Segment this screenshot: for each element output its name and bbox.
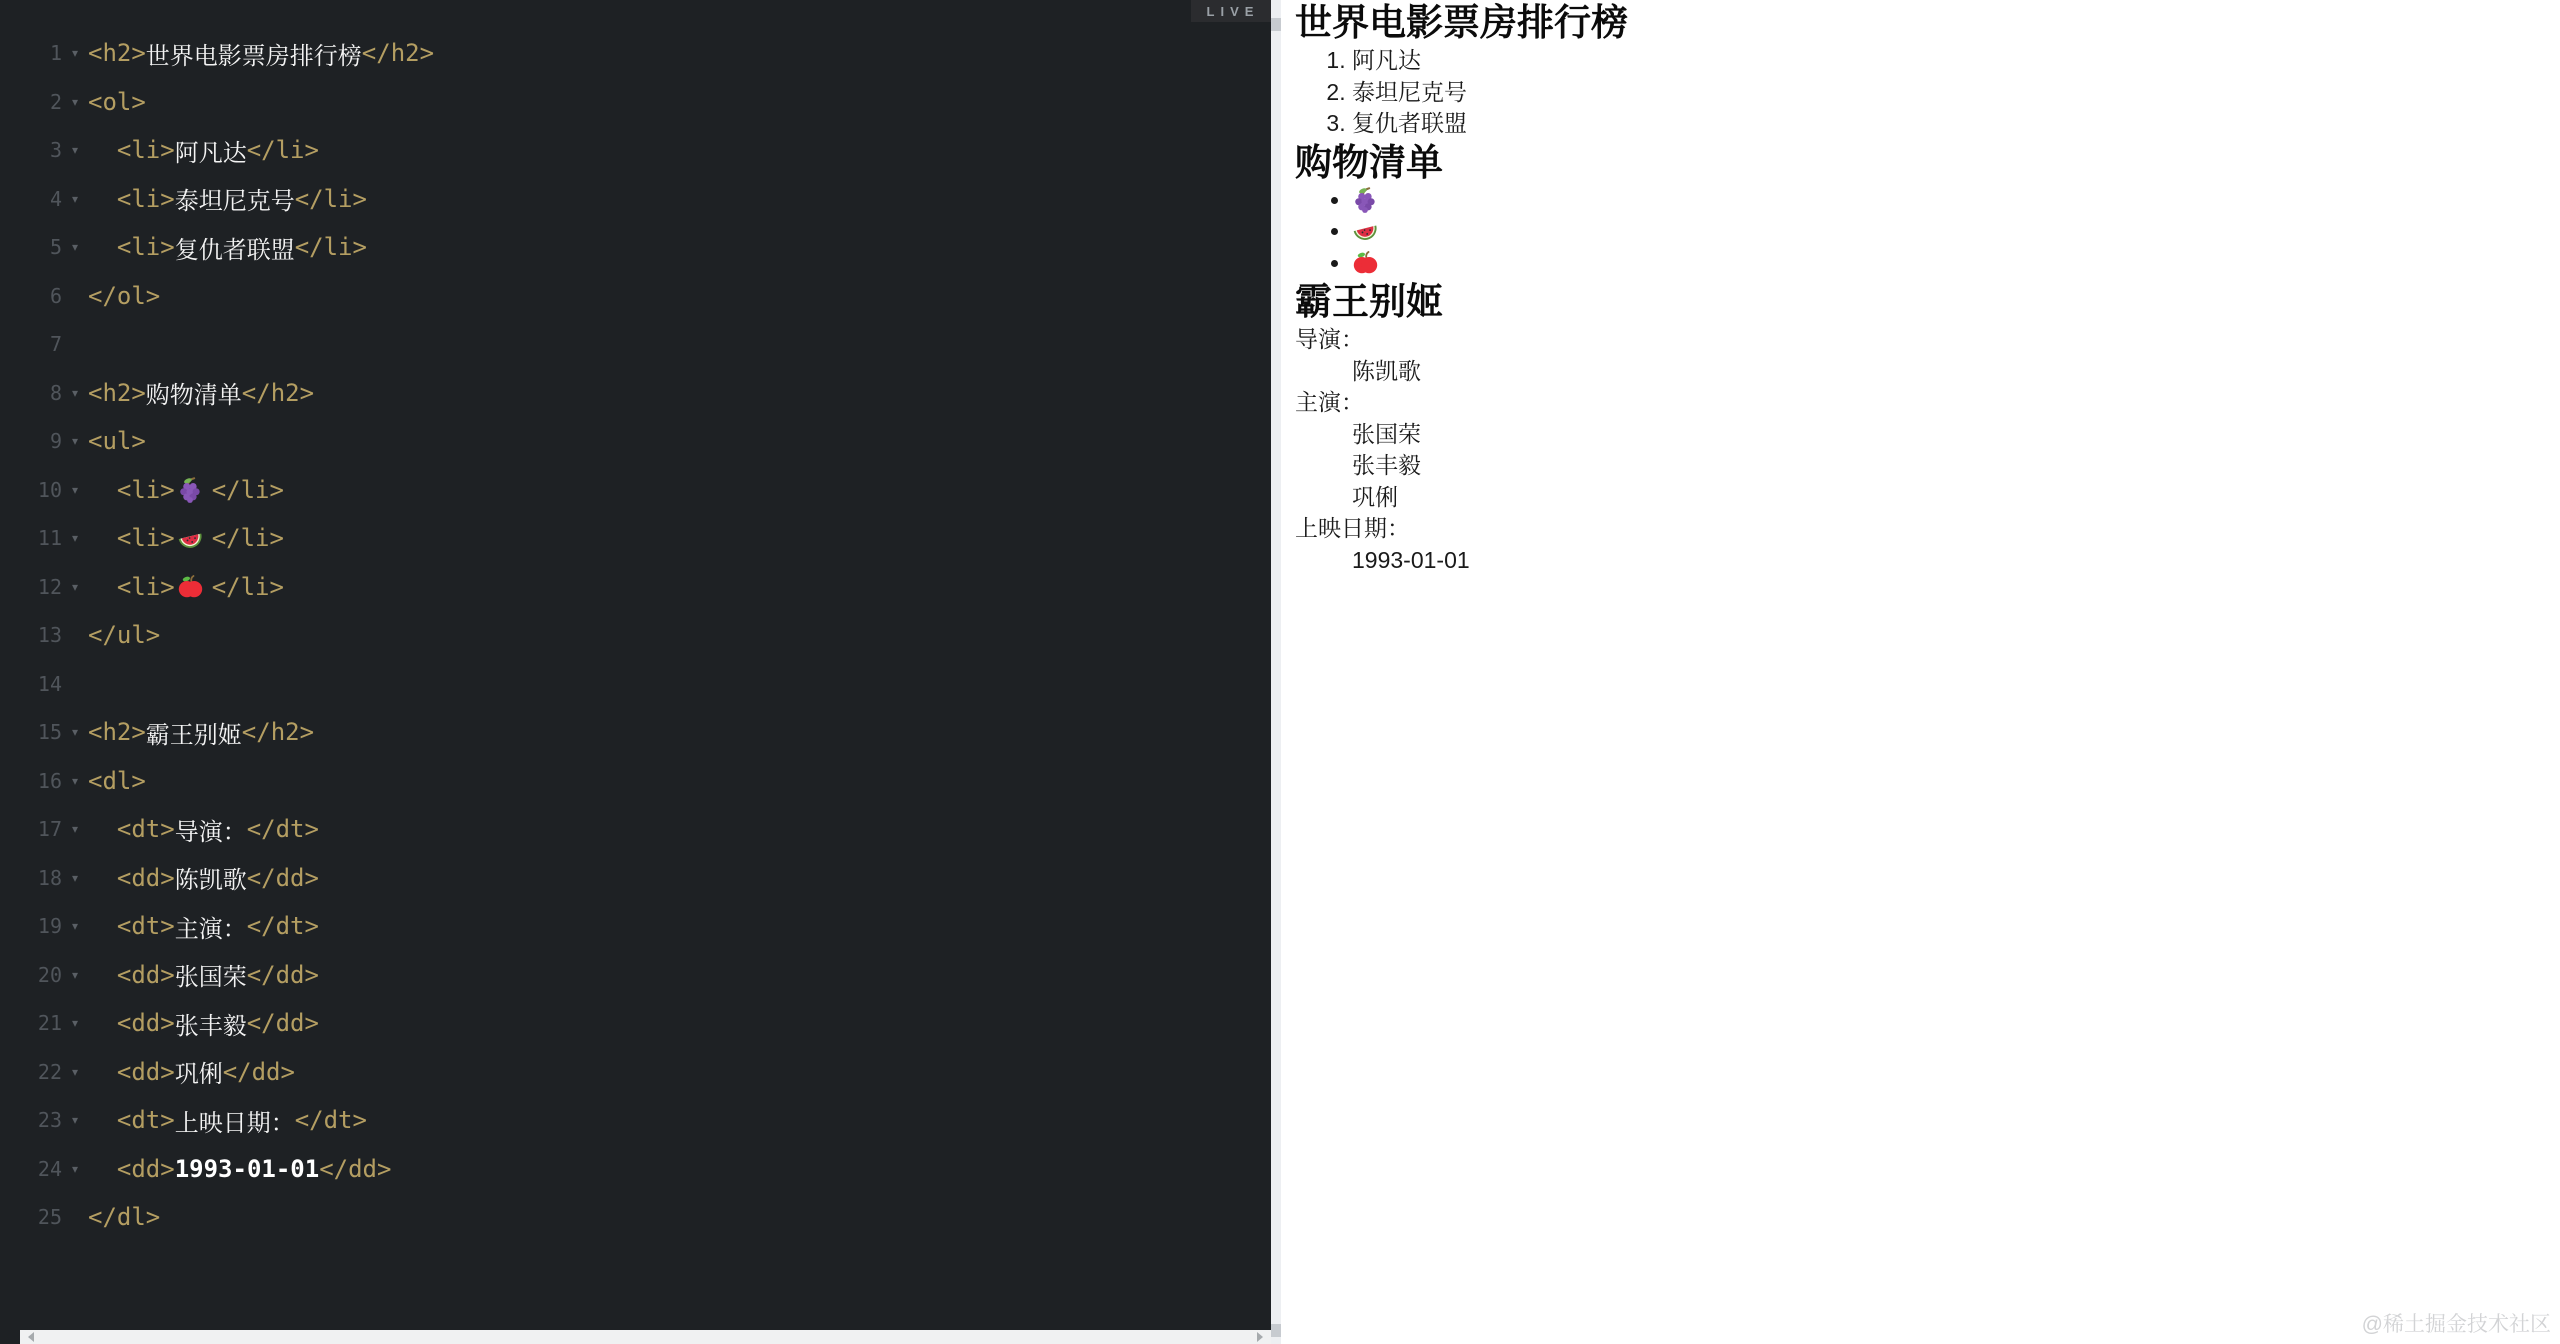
fold-arrow-icon[interactable]: ▾	[62, 514, 88, 563]
fold-arrow-icon[interactable]: ▾	[62, 223, 88, 272]
line-number: 8	[0, 381, 62, 405]
fold-arrow-icon[interactable]: ▾	[62, 1145, 88, 1194]
code-token-tag: <ul>	[88, 427, 146, 455]
preview-dl: 导演：陈凯歌主演：张国荣张丰毅巩俐上映日期：1993-01-01	[1295, 324, 2560, 576]
line-number: 2	[0, 90, 62, 114]
code-line[interactable]: 11▾ <li> </li>	[0, 514, 1271, 563]
fold-arrow-icon[interactable]: ▾	[62, 805, 88, 854]
code-line[interactable]: 12▾ <li> </li>	[0, 563, 1271, 612]
fold-arrow-icon[interactable]: ▾	[62, 78, 88, 127]
fold-arrow-icon[interactable]: ▾	[62, 417, 88, 466]
code-token-tag: <dl>	[88, 767, 146, 795]
line-number: 19	[0, 914, 62, 938]
list-item: 复仇者联盟	[1352, 108, 2560, 140]
code-line[interactable]: 22▾ <dd>巩俐</dd>	[0, 1048, 1271, 1097]
code-token-tag: </dd>	[247, 1009, 319, 1037]
code-token-sp	[88, 573, 117, 601]
code-line[interactable]: 14	[0, 660, 1271, 709]
fold-arrow-icon[interactable]: ▾	[62, 175, 88, 224]
code-token-tag: </h2>	[362, 39, 434, 67]
code-line-text[interactable]: <li> </li>	[88, 476, 284, 504]
code-line-text[interactable]: </ol>	[88, 282, 160, 310]
code-line[interactable]: 25</dl>	[0, 1193, 1271, 1242]
live-badge-label: LIVE	[1207, 4, 1260, 19]
line-number: 21	[0, 1011, 62, 1035]
code-token-sp	[88, 1058, 117, 1086]
code-line-text[interactable]: <li>阿凡达</li>	[88, 133, 319, 168]
code-token-tag: <h2>	[88, 718, 146, 746]
preview-content: 世界电影票房排行榜阿凡达泰坦尼克号复仇者联盟购物清单 霸王别姬导演：陈凯歌主演：…	[1281, 0, 2560, 576]
fold-arrow-icon[interactable]: ▾	[62, 902, 88, 951]
code-line[interactable]: 24▾ <dd>1993-01-01</dd>	[0, 1145, 1271, 1194]
code-line[interactable]: 8▾<h2>购物清单</h2>	[0, 369, 1271, 418]
line-number: 25	[0, 1205, 62, 1229]
code-line-text[interactable]: <dd>张国荣</dd>	[88, 957, 319, 992]
code-token-sp	[88, 1155, 117, 1183]
line-number: 4	[0, 187, 62, 211]
code-token-tag: <li>	[117, 524, 175, 552]
line-number: 18	[0, 866, 62, 890]
code-token-tag: </h2>	[242, 379, 314, 407]
definition-detail: 张国荣	[1352, 419, 2560, 451]
code-token-tag: </dd>	[223, 1058, 295, 1086]
code-token-tag: </li>	[247, 136, 319, 164]
line-number: 17	[0, 817, 62, 841]
code-line-text[interactable]: <dd>张丰毅</dd>	[88, 1006, 319, 1041]
preview-ul	[1295, 185, 2560, 280]
code-token-txt: 巩俐	[175, 1054, 223, 1089]
divider-handle-top[interactable]	[1271, 18, 1281, 31]
code-token-txt: 泰坦尼克号	[175, 181, 295, 216]
line-number: 20	[0, 963, 62, 987]
code-token-tag: <dt>	[117, 1106, 175, 1134]
live-badge: LIVE	[1191, 0, 1271, 22]
fold-arrow-icon[interactable]: ▾	[62, 757, 88, 806]
code-line[interactable]: 18▾ <dd>陈凯歌</dd>	[0, 854, 1271, 903]
code-token-tag: </ol>	[88, 282, 160, 310]
fold-arrow-icon[interactable]: ▾	[62, 1096, 88, 1145]
code-token-tag: <dd>	[117, 1155, 175, 1183]
line-number: 13	[0, 623, 62, 647]
code-line-text[interactable]: <li> </li>	[88, 573, 284, 601]
code-token-tag: <dd>	[117, 1009, 175, 1037]
fold-arrow-icon[interactable]: ▾	[62, 369, 88, 418]
code-token-sp	[88, 815, 117, 843]
code-line[interactable]: 4▾ <li>泰坦尼克号</li>	[0, 175, 1271, 224]
code-line[interactable]: 7	[0, 320, 1271, 369]
code-token-txt: 霸王别姬	[146, 715, 242, 750]
line-number: 10	[0, 478, 62, 502]
fold-arrow-icon[interactable]: ▾	[62, 563, 88, 612]
code-line[interactable]: 6</ol>	[0, 272, 1271, 321]
code-line-text[interactable]: <dd>陈凯歌</dd>	[88, 860, 319, 895]
code-line[interactable]: 16▾<dl>	[0, 757, 1271, 806]
fold-arrow-icon[interactable]: ▾	[62, 999, 88, 1048]
code-line-text[interactable]: <dl>	[88, 767, 146, 795]
scroll-right-icon[interactable]	[1257, 1332, 1263, 1342]
code-line[interactable]: 13</ul>	[0, 611, 1271, 660]
code-token-sp	[88, 136, 117, 164]
code-token-txt: 张国荣	[175, 957, 247, 992]
list-item	[1352, 248, 2560, 280]
code-token-tag: </li>	[295, 185, 367, 213]
line-number: 15	[0, 720, 62, 744]
line-number: 12	[0, 575, 62, 599]
fold-arrow-icon[interactable]: ▾	[62, 29, 88, 78]
line-number: 1	[0, 41, 62, 65]
code-line[interactable]: 5▾ <li>复仇者联盟</li>	[0, 223, 1271, 272]
code-token-txt: 阿凡达	[175, 133, 247, 168]
definition-detail: 张丰毅	[1352, 450, 2560, 482]
code-token-txt: 张丰毅	[175, 1006, 247, 1041]
fold-arrow-icon[interactable]: ▾	[62, 951, 88, 1000]
html-code-editor[interactable]: 1▾<h2>世界电影票房排行榜</h2>2▾<ol>3▾ <li>阿凡达</li…	[0, 0, 1271, 1344]
definition-detail: 1993-01-01	[1352, 545, 2560, 577]
fold-arrow-icon[interactable]: ▾	[62, 708, 88, 757]
code-token-txt: 陈凯歌	[175, 860, 247, 895]
code-token-num: 1993-01-01	[175, 1155, 320, 1183]
code-line-text[interactable]: <h2>霸王别姬</h2>	[88, 715, 314, 750]
pane-divider[interactable]	[1271, 0, 1281, 1344]
code-line-text[interactable]: <dd>巩俐</dd>	[88, 1054, 295, 1089]
code-token-tag: </li>	[212, 476, 284, 504]
code-line[interactable]: 9▾<ul>	[0, 417, 1271, 466]
line-number: 6	[0, 284, 62, 308]
fold-arrow-icon[interactable]: ▾	[62, 1048, 88, 1097]
code-token-tag: <h2>	[88, 379, 146, 407]
watermelon-icon	[1352, 217, 1379, 244]
code-line-text[interactable]: <ol>	[88, 88, 146, 116]
grape-icon	[1352, 186, 1379, 213]
definition-detail: 陈凯歌	[1352, 356, 2560, 388]
watermark: @稀土掘金技术社区	[2362, 1308, 2551, 1338]
code-line-text[interactable]: <dt>主演：</dt>	[88, 909, 319, 944]
code-token-sp	[88, 961, 117, 989]
code-line[interactable]: 2▾<ol>	[0, 78, 1271, 127]
code-token-tag: </dd>	[247, 961, 319, 989]
code-token-tag: </li>	[295, 233, 367, 261]
code-line-text[interactable]: </ul>	[88, 621, 160, 649]
line-number: 3	[0, 138, 62, 162]
line-number: 14	[0, 672, 62, 696]
code-line-text[interactable]: <dd>1993-01-01</dd>	[88, 1155, 391, 1183]
code-token-tag: </dt>	[247, 912, 319, 940]
code-line-text[interactable]: <h2>购物清单</h2>	[88, 375, 314, 410]
line-number: 9	[0, 429, 62, 453]
code-token-sp	[88, 864, 117, 892]
fold-arrow-icon[interactable]: ▾	[62, 126, 88, 175]
code-line-text[interactable]: <li>复仇者联盟</li>	[88, 230, 367, 265]
code-token-tag: <li>	[117, 573, 175, 601]
code-line[interactable]: 1▾<h2>世界电影票房排行榜</h2>	[0, 29, 1271, 78]
code-token-tag: <dt>	[117, 815, 175, 843]
code-line-text[interactable]: <h2>世界电影票房排行榜</h2>	[88, 36, 434, 71]
code-lines: 1▾<h2>世界电影票房排行榜</h2>2▾<ol>3▾ <li>阿凡达</li…	[0, 0, 1271, 1242]
code-line[interactable]: 3▾ <li>阿凡达</li>	[0, 126, 1271, 175]
code-token-tag: </dl>	[88, 1203, 160, 1231]
watermelon-icon	[177, 525, 204, 552]
line-number: 23	[0, 1108, 62, 1132]
list-item	[1352, 216, 2560, 248]
code-line[interactable]: 15▾<h2>霸王别姬</h2>	[0, 708, 1271, 757]
definition-term: 导演：	[1295, 324, 2560, 356]
code-token-tag: <li>	[117, 136, 175, 164]
code-token-tag: </dd>	[319, 1155, 391, 1183]
code-line[interactable]: 19▾ <dt>主演：</dt>	[0, 902, 1271, 951]
code-line[interactable]: 23▾ <dt>上映日期：</dt>	[0, 1096, 1271, 1145]
preview-ol: 阿凡达泰坦尼克号复仇者联盟	[1295, 45, 2560, 140]
line-number: 22	[0, 1060, 62, 1084]
definition-term: 上映日期：	[1295, 513, 2560, 545]
fold-arrow-icon[interactable]: ▾	[62, 854, 88, 903]
codepen-live-view: 1▾<h2>世界电影票房排行榜</h2>2▾<ol>3▾ <li>阿凡达</li…	[0, 0, 2560, 1344]
code-token-tag: </h2>	[242, 718, 314, 746]
list-item: 泰坦尼克号	[1352, 77, 2560, 109]
list-item	[1352, 185, 2560, 217]
grape-icon	[177, 476, 204, 503]
code-token-tag: </li>	[212, 573, 284, 601]
code-token-sp	[88, 476, 117, 504]
line-number: 11	[0, 526, 62, 550]
preview-heading: 购物清单	[1295, 140, 2560, 185]
code-line[interactable]: 21▾ <dd>张丰毅</dd>	[0, 999, 1271, 1048]
editor-horizontal-scrollbar[interactable]	[20, 1330, 1271, 1344]
code-token-sp	[88, 1106, 117, 1134]
code-token-tag: </dt>	[247, 815, 319, 843]
fold-arrow-icon[interactable]: ▾	[62, 466, 88, 515]
code-token-tag: <dd>	[117, 1058, 175, 1086]
code-token-tag: <dd>	[117, 864, 175, 892]
code-line-text[interactable]: </dl>	[88, 1203, 160, 1231]
code-line-text[interactable]: <li> </li>	[88, 524, 284, 552]
definition-detail: 巩俐	[1352, 482, 2560, 514]
divider-handle-bottom[interactable]	[1271, 1324, 1281, 1337]
scroll-left-icon[interactable]	[28, 1332, 34, 1342]
code-line-text[interactable]: <ul>	[88, 427, 146, 455]
code-line[interactable]: 20▾ <dd>张国荣</dd>	[0, 951, 1271, 1000]
code-token-tag: </dt>	[295, 1106, 367, 1134]
apple-icon	[177, 573, 204, 600]
code-token-txt: 购物清单	[146, 375, 242, 410]
code-token-sp	[88, 912, 117, 940]
code-token-sp	[88, 233, 117, 261]
html-preview-pane: 世界电影票房排行榜阿凡达泰坦尼克号复仇者联盟购物清单 霸王别姬导演：陈凯歌主演：…	[1281, 0, 2560, 1344]
code-token-tag: <dd>	[117, 961, 175, 989]
code-token-tag: <li>	[117, 185, 175, 213]
list-item: 阿凡达	[1352, 45, 2560, 77]
code-token-txt: 主演：	[175, 909, 247, 944]
preview-heading: 霸王别姬	[1295, 279, 2560, 324]
code-token-tag: <h2>	[88, 39, 146, 67]
code-line-text[interactable]: <dt>导演：</dt>	[88, 812, 319, 847]
line-number: 16	[0, 769, 62, 793]
code-token-tag: <li>	[117, 233, 175, 261]
code-token-tag: <ol>	[88, 88, 146, 116]
code-line[interactable]: 17▾ <dt>导演：</dt>	[0, 805, 1271, 854]
code-line-text[interactable]: <dt>上映日期：</dt>	[88, 1103, 367, 1138]
line-number: 24	[0, 1157, 62, 1181]
code-token-sp	[88, 524, 117, 552]
definition-term: 主演：	[1295, 387, 2560, 419]
code-token-txt: 导演：	[175, 812, 247, 847]
code-token-tag: </li>	[212, 524, 284, 552]
code-token-tag: <li>	[117, 476, 175, 504]
code-token-txt: 上映日期：	[175, 1103, 295, 1138]
line-number: 7	[0, 332, 62, 356]
code-token-txt: 复仇者联盟	[175, 230, 295, 265]
line-number: 5	[0, 235, 62, 259]
code-token-txt: 世界电影票房排行榜	[146, 36, 362, 71]
code-line-text[interactable]: <li>泰坦尼克号</li>	[88, 181, 367, 216]
code-token-sp	[88, 185, 117, 213]
code-line[interactable]: 10▾ <li> </li>	[0, 466, 1271, 515]
code-token-sp	[88, 1009, 117, 1037]
preview-heading: 世界电影票房排行榜	[1295, 0, 2560, 45]
apple-icon	[1352, 249, 1379, 276]
code-token-tag: </dd>	[247, 864, 319, 892]
code-token-tag: </ul>	[88, 621, 160, 649]
code-token-tag: <dt>	[117, 912, 175, 940]
